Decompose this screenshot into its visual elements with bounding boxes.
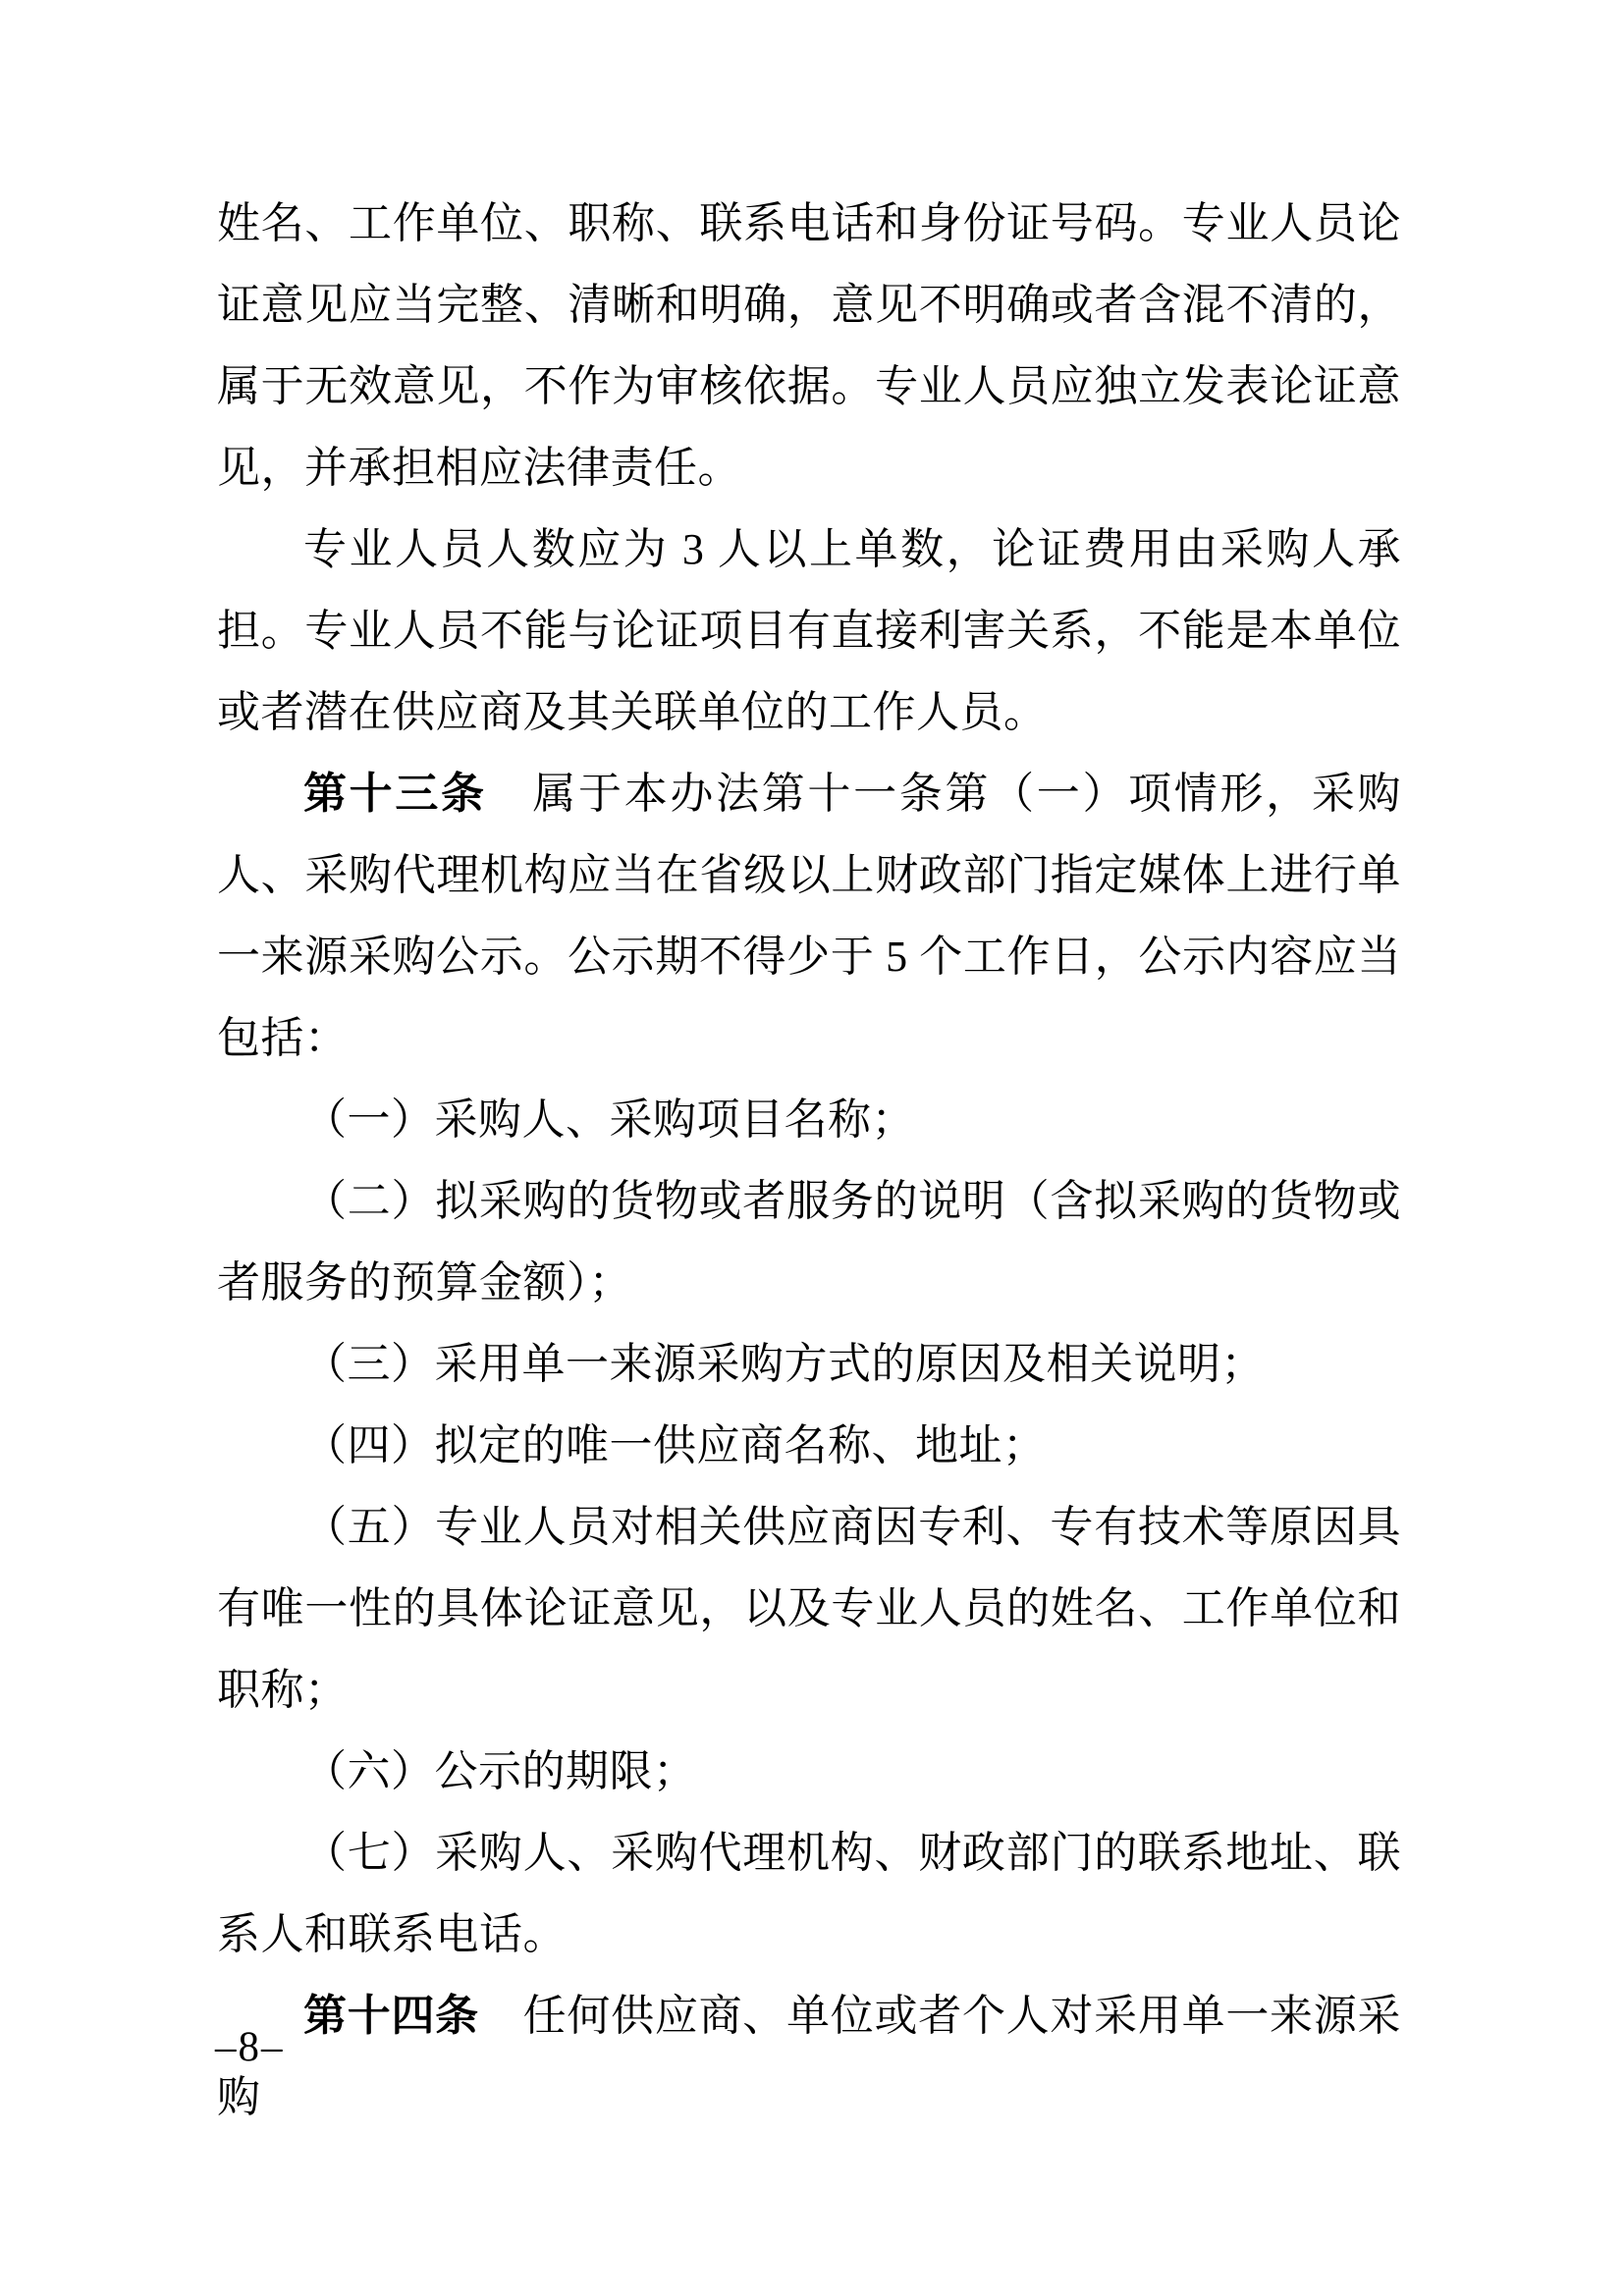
document-page: 姓名、工作单位、职称、联系电话和身份证号码。专业人员论证意见应当完整、清晰和明确… [0,0,1624,2296]
paragraph-article-14: 第十四条 任何供应商、单位或者个人对采用单一来源采购 [217,1975,1401,2138]
page-number: –8– [215,2018,285,2077]
paragraph: 专业人员人数应为 3 人以上单数，论证费用由采购人承担。专业人员不能与论证项目有… [217,508,1401,753]
document-body-text: 姓名、工作单位、职称、联系电话和身份证号码。专业人员论证意见应当完整、清晰和明确… [217,183,1401,2138]
paragraph-article-13: 第十三条 属于本办法第十一条第（一）项情形，采购人、采购代理机构应当在省级以上财… [217,753,1401,1079]
clause-item-3: （三）采用单一来源采购方式的原因及相关说明； [217,1323,1401,1405]
clause-item-6: （六）公示的期限； [217,1731,1401,1812]
clause-item-4: （四）拟定的唯一供应商名称、地址； [217,1405,1401,1486]
clause-item-7: （七）采购人、采购代理机构、财政部门的联系地址、联系人和联系电话。 [217,1812,1401,1975]
article-number-14: 第十四条 [303,1992,479,2040]
clause-item-1: （一）采购人、采购项目名称； [217,1079,1401,1160]
article-number-13: 第十三条 [303,770,487,818]
clause-item-2: （二）拟采购的货物或者服务的说明（含拟采购的货物或者服务的预算金额）； [217,1160,1401,1323]
clause-item-5: （五）专业人员对相关供应商因专利、专有技术等原因具有唯一性的具体论证意见，以及专… [217,1486,1401,1731]
paragraph-continuation: 姓名、工作单位、职称、联系电话和身份证号码。专业人员论证意见应当完整、清晰和明确… [217,183,1401,508]
